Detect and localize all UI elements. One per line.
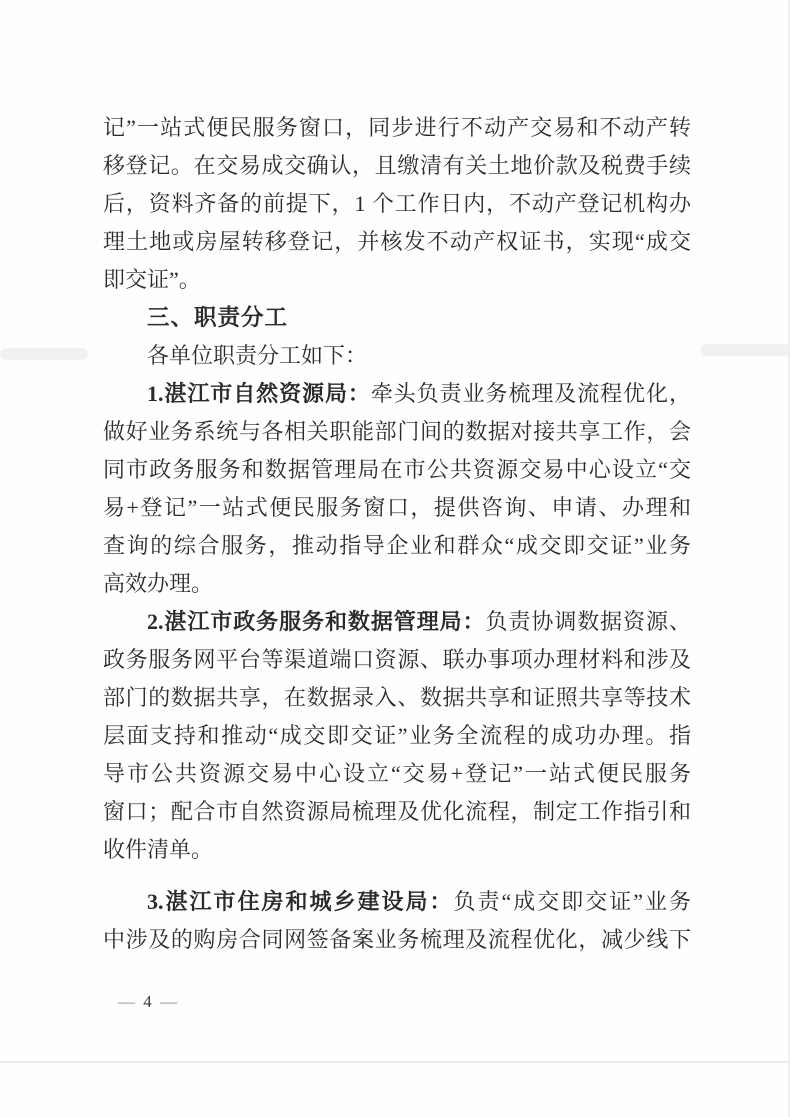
text-run: 负责协调数据资源、 bbox=[486, 609, 691, 634]
text-line: 各单位职责分工如下： bbox=[103, 337, 691, 375]
text-line: 部门的数据共享，在数据录入、数据共享和证照共享等技术 bbox=[103, 679, 691, 717]
section-heading: 三、职责分工 bbox=[103, 299, 691, 337]
text-line: 2.湛江市政务服务和数据管理局：负责协调数据资源、 bbox=[103, 603, 691, 641]
paragraph-org-2: 2.湛江市政务服务和数据管理局：负责协调数据资源、 政务服务网平台等渠道端口资源… bbox=[103, 603, 691, 869]
paragraph-continuation: 记”一站式便民服务窗口，同步进行不动产交易和不动产转 移登记。在交易成交确认，且… bbox=[103, 109, 691, 299]
org-1-name: 1.湛江市自然资源局： bbox=[147, 381, 371, 406]
text-run: 负责“成交即交证”业务 bbox=[453, 889, 691, 914]
text-line: 同市政务服务和数据管理局在市公共资源交易中心设立“交 bbox=[103, 451, 691, 489]
scan-smudge bbox=[0, 348, 88, 360]
text-line: 理土地或房屋转移登记，并核发不动产权证书，实现“成交 bbox=[103, 223, 691, 261]
scan-smudge bbox=[700, 344, 790, 356]
text-line: 中涉及的购房合同网签备案业务梳理及流程优化，减少线下 bbox=[103, 921, 691, 959]
page-number: 4 bbox=[143, 992, 154, 1011]
footer-dash-right: — bbox=[160, 992, 179, 1011]
footer-dash-left: — bbox=[118, 992, 137, 1011]
paragraph-org-3: 3.湛江市住房和城乡建设局：负责“成交即交证”业务 中涉及的购房合同网签备案业务… bbox=[103, 883, 691, 959]
text-line: 导市公共资源交易中心设立“交易+登记”一站式便民服务 bbox=[103, 755, 691, 793]
text-line: 移登记。在交易成交确认，且缴清有关土地价款及税费手续 bbox=[103, 147, 691, 185]
section-heading-block: 三、职责分工 bbox=[103, 299, 691, 337]
text-line: 政务服务网平台等渠道端口资源、联办事项办理材料和涉及 bbox=[103, 641, 691, 679]
text-line: 易+登记”一站式便民服务窗口，提供咨询、申请、办理和 bbox=[103, 489, 691, 527]
text-line: 高效办理。 bbox=[103, 565, 691, 603]
text-line: 窗口；配合市自然资源局梳理及优化流程，制定工作指引和 bbox=[103, 793, 691, 831]
org-2-name: 2.湛江市政务服务和数据管理局： bbox=[147, 609, 486, 634]
page-footer: — 4 — bbox=[118, 992, 179, 1012]
document-text-block: 记”一站式便民服务窗口，同步进行不动产交易和不动产转 移登记。在交易成交确认，且… bbox=[103, 109, 691, 959]
paragraph-org-1: 1.湛江市自然资源局：牵头负责业务梳理及流程优化， 做好业务系统与各相关职能部门… bbox=[103, 375, 691, 603]
text-line: 查询的综合服务，推动指导企业和群众“成交即交证”业务 bbox=[103, 527, 691, 565]
text-line: 做好业务系统与各相关职能部门间的数据对接共享工作，会 bbox=[103, 413, 691, 451]
text-run: 牵头负责业务梳理及流程优化， bbox=[371, 381, 691, 406]
text-line: 1.湛江市自然资源局：牵头负责业务梳理及流程优化， bbox=[103, 375, 691, 413]
text-line: 即交证”。 bbox=[103, 261, 691, 299]
org-3-name: 3.湛江市住房和城乡建设局： bbox=[147, 889, 453, 914]
text-line: 层面支持和推动“成交即交证”业务全流程的成功办理。指 bbox=[103, 717, 691, 755]
scanned-document-page: 记”一站式便民服务窗口，同步进行不动产交易和不动产转 移登记。在交易成交确认，且… bbox=[0, 0, 790, 1117]
paragraph-intro: 各单位职责分工如下： bbox=[103, 337, 691, 375]
text-line: 3.湛江市住房和城乡建设局：负责“成交即交证”业务 bbox=[103, 883, 691, 921]
scan-artifact-line bbox=[0, 1061, 790, 1063]
text-line: 后，资料齐备的前提下，1 个工作日内，不动产登记机构办 bbox=[103, 185, 691, 223]
text-line: 记”一站式便民服务窗口，同步进行不动产交易和不动产转 bbox=[103, 109, 691, 147]
text-line: 收件清单。 bbox=[103, 831, 691, 869]
